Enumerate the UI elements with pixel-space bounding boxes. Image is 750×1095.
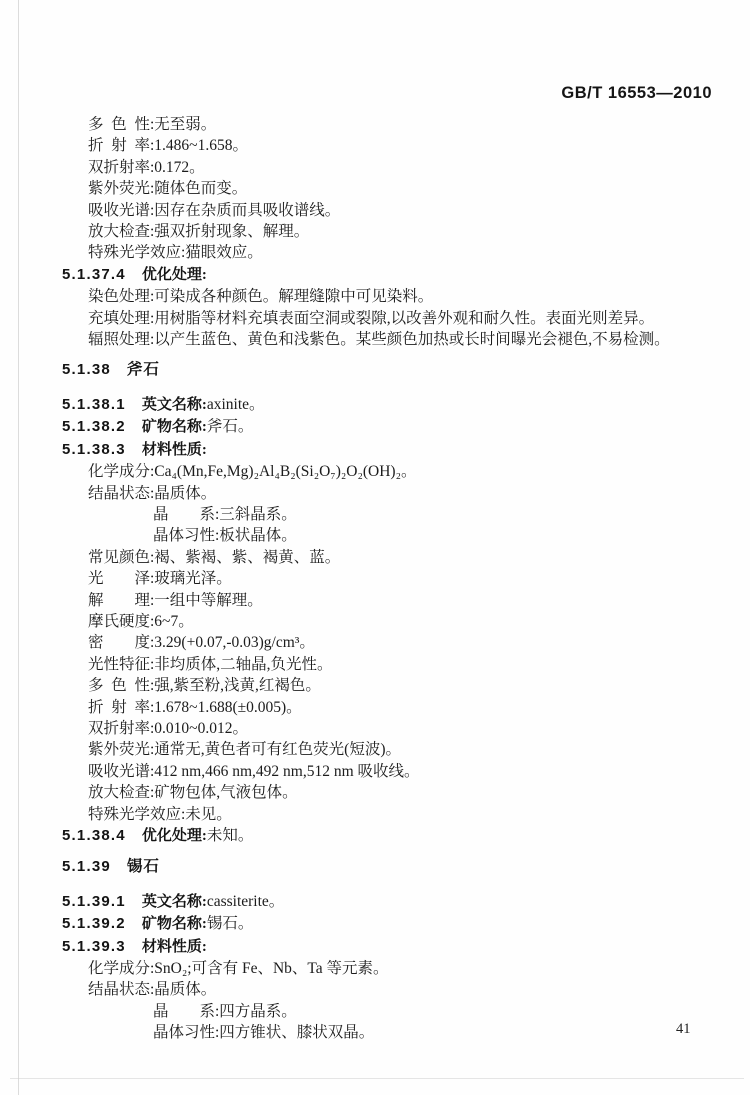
clause-title: 矿物名称:: [142, 916, 207, 932]
property-line: 放大检查:矿物包体,气液包体。: [62, 782, 714, 803]
line-text: 晶体习性:四方锥状、膝状双晶。: [153, 1024, 374, 1041]
clause-heading: 5.1.38.1英文名称:axinite。: [62, 394, 714, 416]
line-text: 常见颜色:褐、紫褐、紫、褐黄、蓝。: [88, 549, 340, 566]
clause-heading: 5.1.38.4优化处理:未知。: [62, 825, 714, 847]
property-line: 多 色 性:无至弱。: [62, 114, 714, 135]
property-line: 双折射率:0.010~0.012。: [62, 718, 714, 739]
line-text: 折 射 率:1.678~1.688(±0.005)。: [88, 699, 302, 716]
line-text: 化学成分:Ca₄(Mn,Fe,Mg)₂Al₄B₂(Si₂O₇)₂O₂(OH)₂。: [88, 463, 416, 480]
line-text: 解 理:一组中等解理。: [88, 592, 263, 609]
property-line: 双折射率:0.172。: [62, 157, 714, 178]
clause-heading: 5.1.37.4优化处理:: [62, 264, 714, 286]
property-line: 结晶状态:晶质体。: [62, 979, 714, 1000]
clause-number: 5.1.37.4: [62, 266, 126, 283]
line-text: 晶 系:四方晶系。: [153, 1003, 297, 1020]
line-text: 结晶状态:晶质体。: [88, 981, 216, 998]
line-text: 紫外荧光:通常无,黄色者可有红色荧光(短波)。: [88, 741, 401, 758]
document-page: GB/T 16553—2010 多 色 性:无至弱。折 射 率:1.486~1.…: [0, 0, 750, 1095]
property-line: 化学成分:Ca₄(Mn,Fe,Mg)₂Al₄B₂(Si₂O₇)₂O₂(OH)₂。: [62, 461, 714, 482]
property-line: 摩氏硬度:6~7。: [62, 611, 714, 632]
property-line: 折 射 率:1.486~1.658。: [62, 135, 714, 156]
line-text: 晶 系:三斜晶系。: [153, 506, 297, 523]
property-line: 紫外荧光:随体色而变。: [62, 178, 714, 199]
property-line: 吸收光谱:412 nm,466 nm,492 nm,512 nm 吸收线。: [62, 761, 714, 782]
line-text: 光性特征:非均质体,二轴晶,负光性。: [88, 656, 333, 673]
section-heading: 5.1.39锡石: [62, 856, 714, 877]
clause-heading: 5.1.38.2矿物名称:斧石。: [62, 416, 714, 438]
sub-property-line: 晶体习性:板状晶体。: [62, 525, 714, 546]
sub-property-line: 晶 系:四方晶系。: [62, 1001, 714, 1022]
line-text: cassiterite。: [207, 893, 284, 910]
line-text: 折 射 率:1.486~1.658。: [88, 137, 248, 154]
line-text: 锡石。: [207, 915, 254, 932]
line-text: 晶体习性:板状晶体。: [153, 527, 297, 544]
property-line: 吸收光谱:因存在杂质而具吸收谱线。: [62, 200, 714, 221]
clause-heading: 5.1.38.3材料性质:: [62, 439, 714, 461]
standard-number-header: GB/T 16553—2010: [561, 84, 712, 103]
sub-property-line: 晶体习性:四方锥状、膝状双晶。: [62, 1022, 714, 1043]
line-text: 辐照处理:以产生蓝色、黄色和浅紫色。某些颜色加热或长时间曝光会褪色,不易检测。: [88, 331, 670, 348]
page-number: 41: [676, 1021, 691, 1038]
scan-edge-bottom: [10, 1078, 744, 1079]
clause-title: 矿物名称:: [142, 419, 207, 435]
clause-number: 5.1.38.2: [62, 418, 126, 435]
line-text: 光 泽:玻璃光泽。: [88, 570, 232, 587]
clause-number: 5.1.39.2: [62, 915, 126, 932]
property-line: 密 度:3.29(+0.07,-0.03)g/cm³。: [62, 632, 714, 653]
property-line: 特殊光学效应:猫眼效应。: [62, 242, 714, 263]
clause-number: 5.1.38: [62, 361, 111, 378]
clause-number: 5.1.38.4: [62, 827, 126, 844]
line-text: 未知。: [207, 827, 254, 844]
property-line: 放大检查:强双折射现象、解理。: [62, 221, 714, 242]
line-text: 多 色 性:无至弱。: [88, 116, 216, 133]
line-text: 摩氏硬度:6~7。: [88, 613, 194, 630]
clause-number: 5.1.38.3: [62, 441, 126, 458]
clause-heading: 5.1.39.2矿物名称:锡石。: [62, 913, 714, 935]
line-text: 特殊光学效应:猫眼效应。: [88, 244, 263, 261]
clause-title: 斧石: [127, 361, 160, 378]
line-text: 特殊光学效应:未见。: [88, 806, 232, 823]
clause-number: 5.1.39.1: [62, 893, 126, 910]
line-text: 双折射率:0.172。: [88, 159, 205, 176]
clause-title: 英文名称:: [142, 894, 207, 910]
line-text: 化学成分:SnO₂;可含有 Fe、Nb、Ta 等元素。: [88, 960, 389, 977]
line-text: 多 色 性:强,紫至粉,浅黄,红褐色。: [88, 677, 321, 694]
line-text: 放大检查:强双折射现象、解理。: [88, 223, 309, 240]
property-line: 解 理:一组中等解理。: [62, 590, 714, 611]
line-text: 斧石。: [207, 418, 254, 435]
property-line: 化学成分:SnO₂;可含有 Fe、Nb、Ta 等元素。: [62, 958, 714, 979]
document-lines: 多 色 性:无至弱。折 射 率:1.486~1.658。双折射率:0.172。紫…: [62, 114, 714, 1044]
clause-number: 5.1.39: [62, 858, 111, 875]
clause-title: 英文名称:: [142, 397, 207, 413]
property-line: 光 泽:玻璃光泽。: [62, 568, 714, 589]
line-text: axinite。: [207, 396, 265, 413]
line-text: 密 度:3.29(+0.07,-0.03)g/cm³。: [88, 634, 315, 651]
clause-title: 锡石: [127, 858, 160, 875]
clause-number: 5.1.38.1: [62, 396, 126, 413]
line-text: 放大检查:矿物包体,气液包体。: [88, 784, 298, 801]
line-text: 双折射率:0.010~0.012。: [88, 720, 248, 737]
line-text: 紫外荧光:随体色而变。: [88, 180, 247, 197]
clause-title: 优化处理:: [142, 828, 207, 844]
line-text: 吸收光谱:412 nm,466 nm,492 nm,512 nm 吸收线。: [88, 763, 420, 780]
line-text: 染色处理:可染成各种颜色。解理缝隙中可见染料。: [88, 288, 433, 305]
clause-title: 材料性质:: [142, 442, 207, 458]
property-line: 特殊光学效应:未见。: [62, 804, 714, 825]
property-line: 多 色 性:强,紫至粉,浅黄,红褐色。: [62, 675, 714, 696]
clause-title: 材料性质:: [142, 939, 207, 955]
property-line: 紫外荧光:通常无,黄色者可有红色荧光(短波)。: [62, 739, 714, 760]
line-text: 充填处理:用树脂等材料充填表面空洞或裂隙,以改善外观和耐久性。表面光则差异。: [88, 310, 654, 327]
property-line: 常见颜色:褐、紫褐、紫、褐黄、蓝。: [62, 547, 714, 568]
property-line: 充填处理:用树脂等材料充填表面空洞或裂隙,以改善外观和耐久性。表面光则差异。: [62, 308, 714, 329]
clause-number: 5.1.39.3: [62, 938, 126, 955]
section-heading: 5.1.38斧石: [62, 359, 714, 380]
property-line: 结晶状态:晶质体。: [62, 483, 714, 504]
sub-property-line: 晶 系:三斜晶系。: [62, 504, 714, 525]
scan-edge-left: [18, 0, 19, 1095]
line-text: 吸收光谱:因存在杂质而具吸收谱线。: [88, 202, 340, 219]
clause-title: 优化处理:: [142, 267, 207, 283]
property-line: 折 射 率:1.678~1.688(±0.005)。: [62, 697, 714, 718]
property-line: 辐照处理:以产生蓝色、黄色和浅紫色。某些颜色加热或长时间曝光会褪色,不易检测。: [62, 329, 714, 350]
line-text: 结晶状态:晶质体。: [88, 485, 216, 502]
clause-heading: 5.1.39.3材料性质:: [62, 936, 714, 958]
property-line: 染色处理:可染成各种颜色。解理缝隙中可见染料。: [62, 286, 714, 307]
property-line: 光性特征:非均质体,二轴晶,负光性。: [62, 654, 714, 675]
clause-heading: 5.1.39.1英文名称:cassiterite。: [62, 891, 714, 913]
